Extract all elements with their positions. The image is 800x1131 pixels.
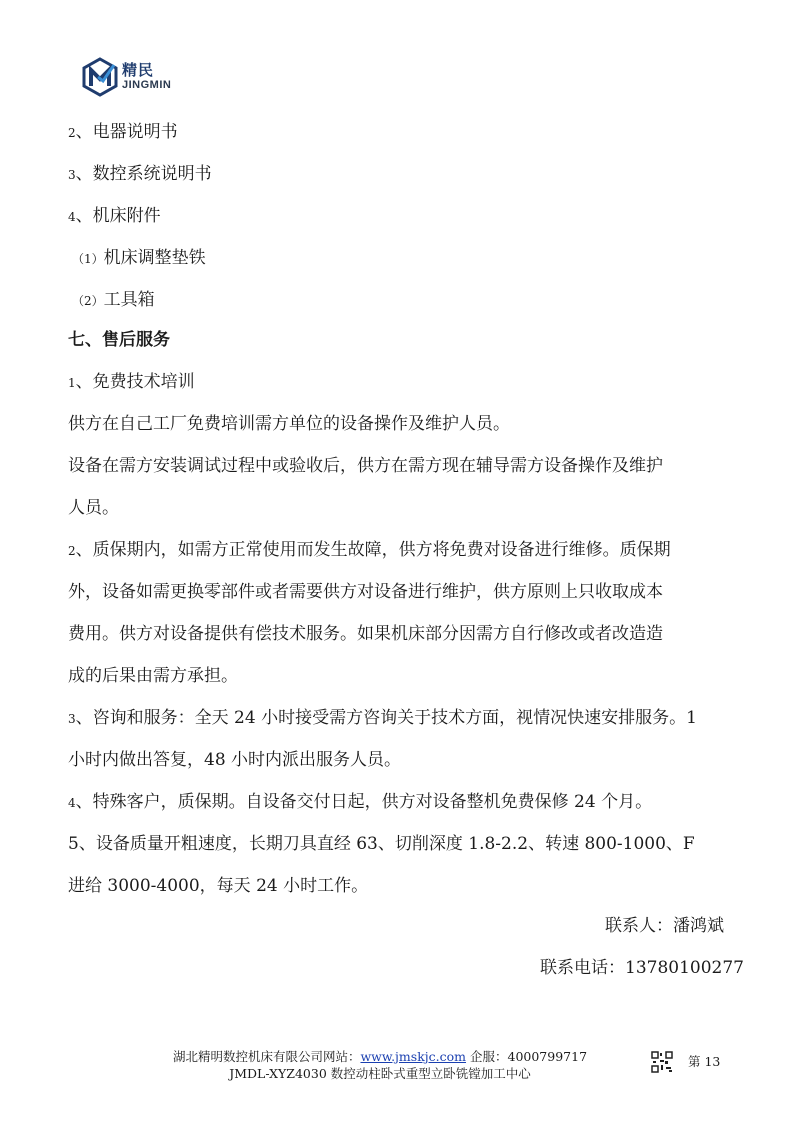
- page-number: 第 13: [688, 1052, 720, 1070]
- paragraph: 2、质保期内，如需方正常使用而发生故障，供方将免费对设备进行维修。质保期: [68, 535, 671, 560]
- contact-phone: 联系电话：13780100277: [540, 953, 744, 978]
- paragraph: 进给 3000-4000，每天 24 小时工作。: [68, 871, 368, 896]
- list-item: （2）工具箱: [72, 285, 155, 310]
- list-item: 3、数控系统说明书: [68, 159, 212, 184]
- paragraph: 设备在需方安装调试过程中或验收后，供方在需方现在辅导需方设备操作及维护: [68, 451, 663, 476]
- paragraph: 外，设备如需更换零部件或者需要供方对设备进行维护，供方原则上只收取成本: [68, 577, 663, 602]
- paragraph: 5、设备质量开粗速度，长期刀具直经 63、切削深度 1.8-2.2、转速 800…: [68, 829, 695, 854]
- company-logo: 精民 JINGMIN: [82, 55, 222, 99]
- list-item: 2、电器说明书: [68, 117, 178, 142]
- paragraph: 4、特殊客户，质保期。自设备交付日起，供方对设备整机免费保修 24 个月。: [68, 787, 652, 812]
- list-item: 4、机床附件: [68, 201, 161, 226]
- qr-code-icon: [651, 1051, 673, 1073]
- paragraph: 3、咨询和服务：全天 24 小时接受需方咨询关于技术方面，视情况快速安排服务。1: [68, 703, 697, 728]
- list-item: （1）机床调整垫铁: [72, 243, 206, 268]
- website-link[interactable]: www.jmskjc.com: [360, 1049, 466, 1064]
- logo-chinese-text: 精民: [122, 63, 171, 78]
- contact-person: 联系人：潘鸿斌: [605, 911, 724, 936]
- paragraph: 供方在自己工厂免费培训需方单位的设备操作及维护人员。: [68, 409, 510, 434]
- logo-english-text: JINGMIN: [122, 80, 171, 91]
- item-training-title: 1、免费技术培训: [68, 367, 195, 392]
- paragraph: 人员。: [68, 493, 119, 518]
- section-heading: 七、售后服务: [68, 325, 170, 350]
- paragraph: 成的后果由需方承担。: [68, 661, 238, 686]
- jingmin-logo-icon: [82, 57, 118, 97]
- paragraph: 小时内做出答复，48 小时内派出服务人员。: [68, 745, 401, 770]
- paragraph: 费用。供方对设备提供有偿技术服务。如果机床部分因需方自行修改或者改造造: [68, 619, 663, 644]
